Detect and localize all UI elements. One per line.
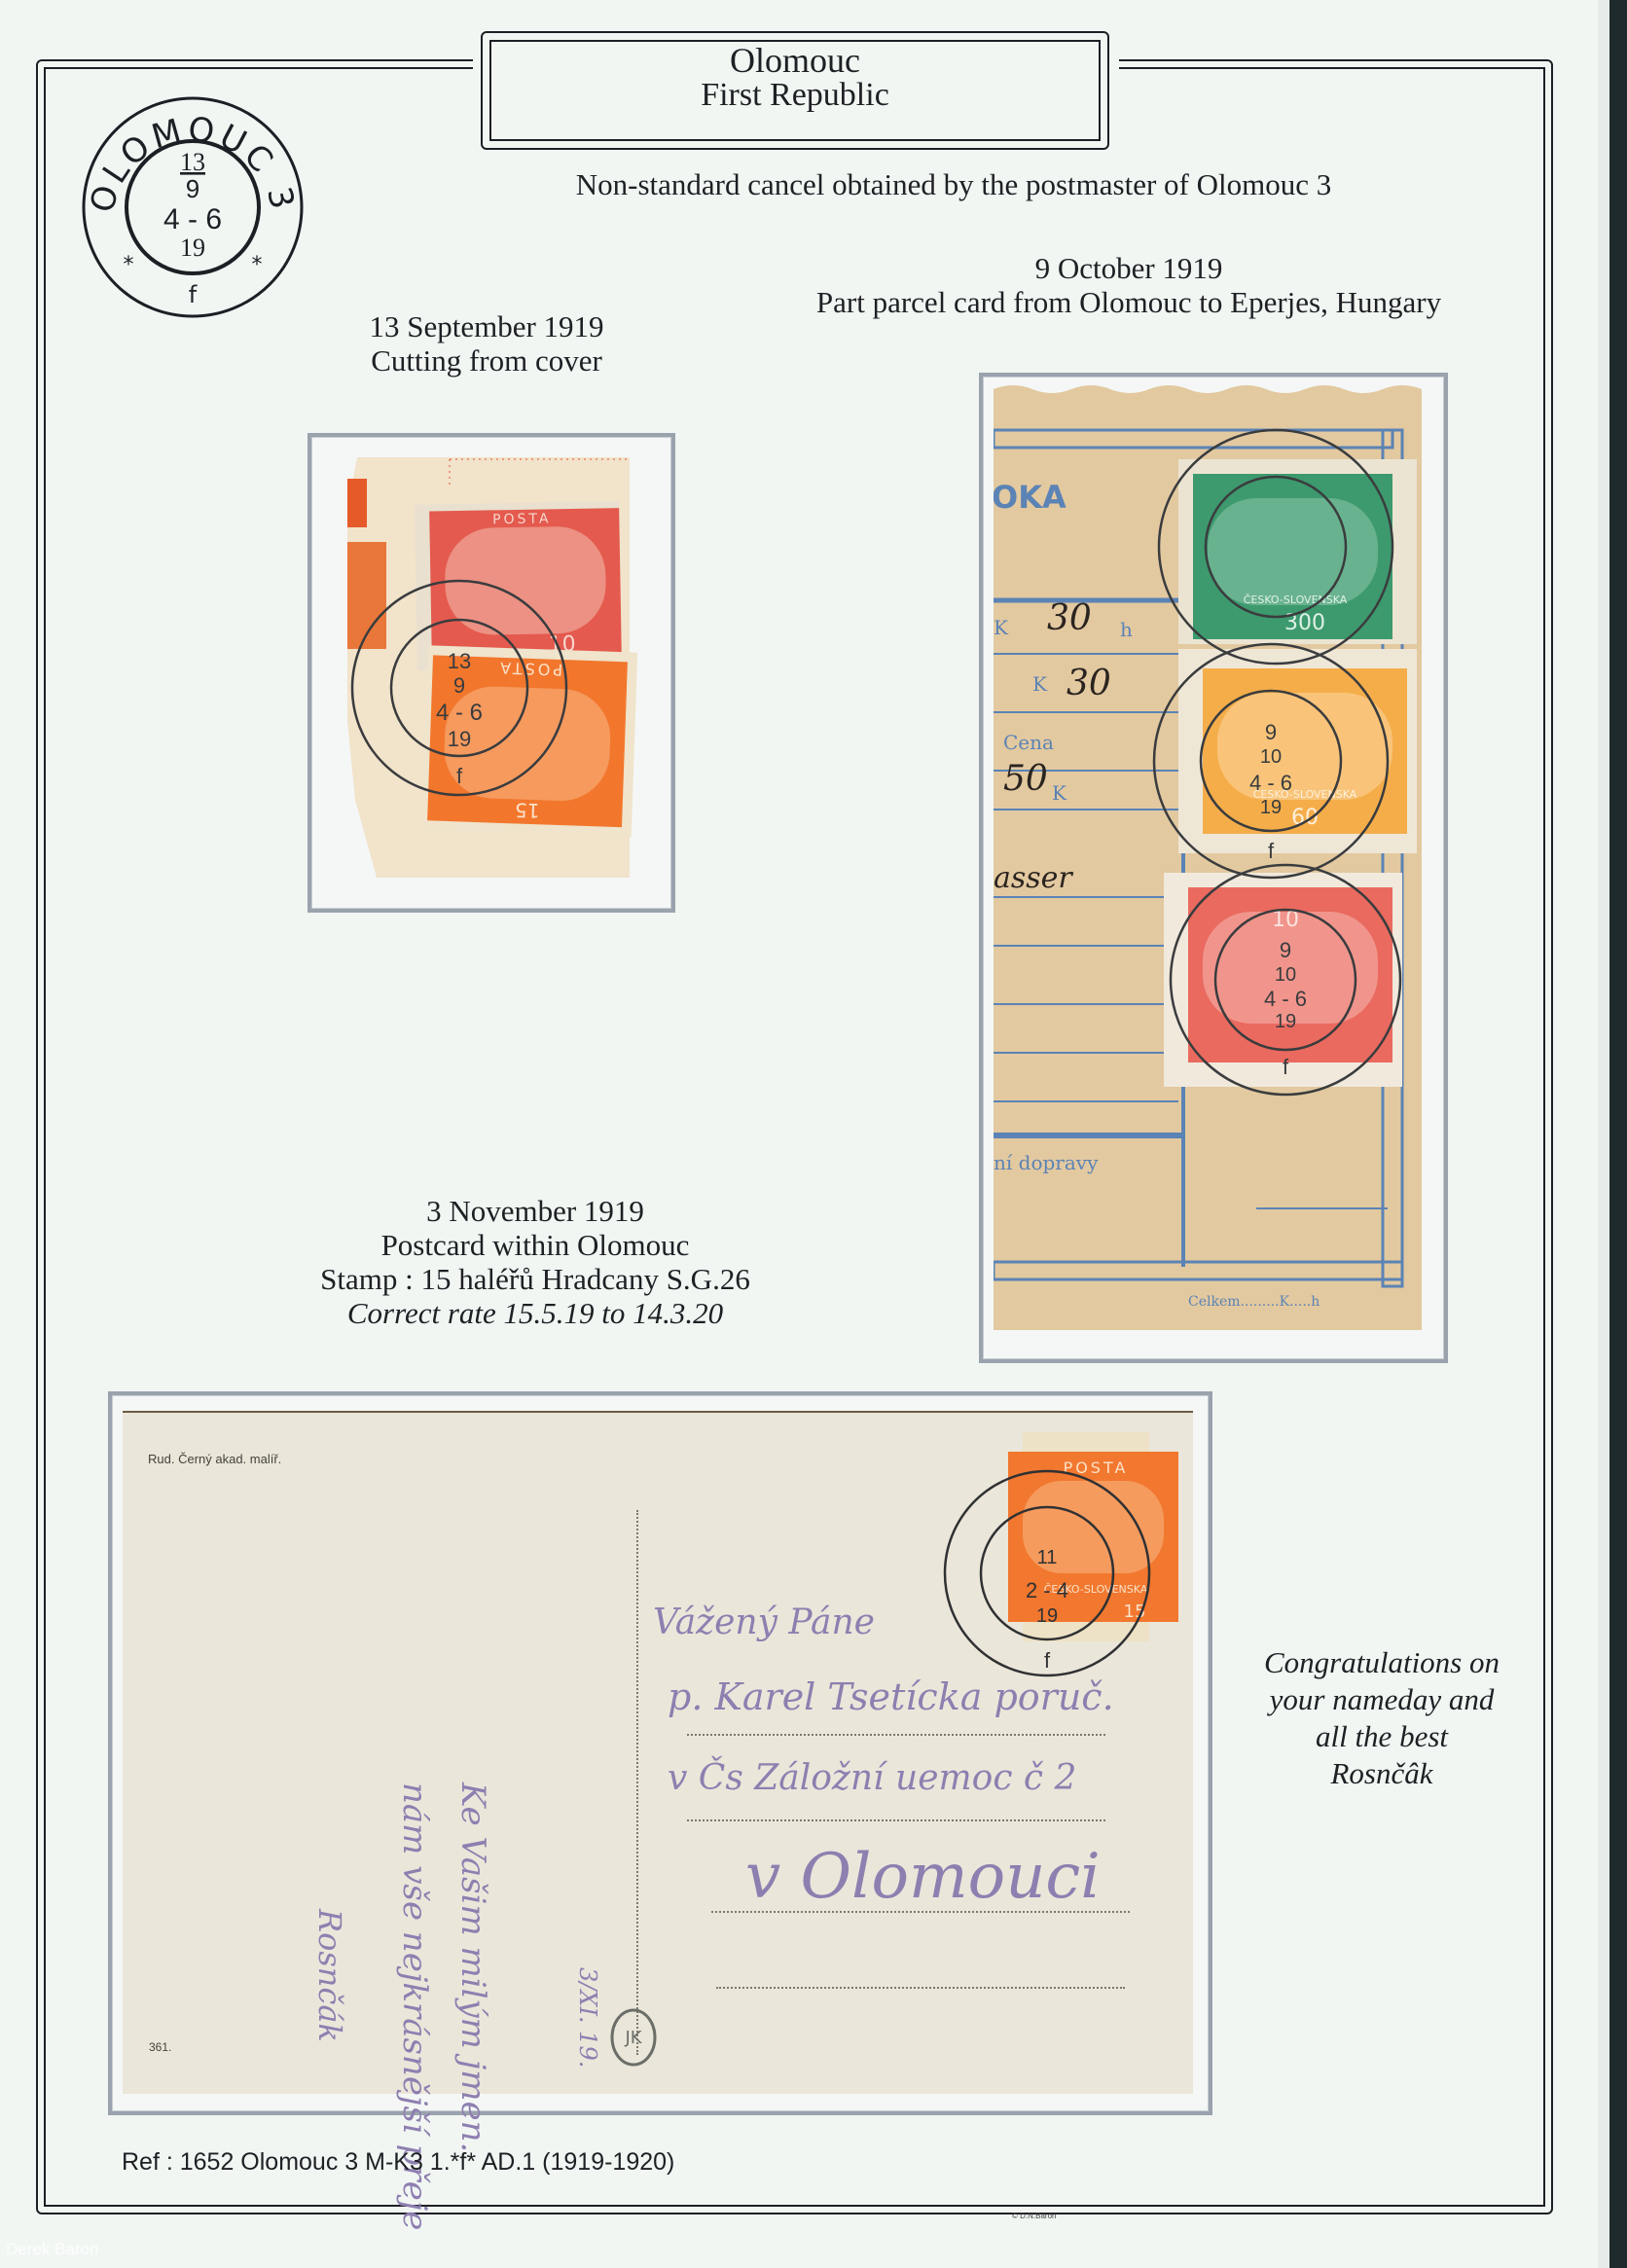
svg-text:11: 11 bbox=[1037, 1547, 1058, 1568]
svg-text:*: * bbox=[252, 253, 263, 277]
svg-text:Cena: Cena bbox=[1003, 731, 1054, 754]
svg-text:19: 19 bbox=[1036, 1605, 1058, 1627]
title-line-2: First Republic bbox=[489, 78, 1101, 113]
svg-text:19: 19 bbox=[1275, 1011, 1296, 1032]
svg-text:13: 13 bbox=[180, 148, 205, 176]
translation-line-3: all the best bbox=[1203, 1718, 1561, 1755]
svg-text:50: 50 bbox=[1003, 759, 1048, 799]
address-rule-2 bbox=[687, 1819, 1105, 1821]
postcard: Rud. Černý akad. malíř. 361. Ke Vašim mi… bbox=[123, 1411, 1193, 2094]
scan-border bbox=[1609, 0, 1627, 2268]
watermark: Derek Baron bbox=[6, 2240, 98, 2259]
svg-text:30: 30 bbox=[1047, 598, 1092, 638]
postcard-number: 361. bbox=[149, 2040, 171, 2054]
translation-line-4: Rosnčâk bbox=[1203, 1755, 1561, 1792]
postcard-divider bbox=[636, 1510, 638, 2055]
svg-text:4 - 6: 4 - 6 bbox=[1264, 987, 1307, 1011]
svg-text:10: 10 bbox=[1275, 964, 1296, 986]
postcard-rate: Correct rate 15.5.19 to 14.3.20 bbox=[224, 1296, 847, 1330]
svg-text:f: f bbox=[1268, 839, 1275, 863]
svg-text:15: 15 bbox=[515, 798, 540, 822]
parcel-description: Part parcel card from Olomouc to Eperjes… bbox=[701, 285, 1557, 319]
svg-text:Celkem.........K.....h: Celkem.........K.....h bbox=[1188, 1294, 1320, 1310]
svg-text:f: f bbox=[189, 281, 198, 308]
translation-line-1: Congratulations on bbox=[1203, 1644, 1561, 1681]
svg-text:30: 30 bbox=[1067, 664, 1111, 703]
postmark-illustration-icon: OLOMOUC 3 13 9 4 - 6 19 * * f bbox=[78, 92, 307, 322]
svg-text:*: * bbox=[124, 253, 134, 277]
postcard-date: 3 November 1919 bbox=[224, 1194, 847, 1228]
parcel-date: 9 October 1919 bbox=[701, 251, 1557, 285]
page-subtitle: Non-standard cancel obtained by the post… bbox=[467, 167, 1440, 202]
svg-text:19: 19 bbox=[1260, 797, 1282, 818]
svg-text:ní dopravy: ní dopravy bbox=[994, 1151, 1099, 1174]
copyright-notice: © D.N.Baron bbox=[1012, 2212, 1056, 2220]
svg-text:K: K bbox=[1052, 781, 1067, 805]
postcard-signature: Rosnčák bbox=[311, 1909, 348, 2042]
address-rule-4 bbox=[716, 1987, 1125, 1989]
svg-text:9: 9 bbox=[186, 174, 199, 203]
svg-text:9: 9 bbox=[1280, 938, 1291, 962]
svg-text:ČESKO-SLOVENSKA: ČESKO-SLOVENSKA bbox=[1244, 594, 1348, 606]
cutting-date: 13 September 1919 bbox=[292, 309, 681, 343]
svg-text:4 - 6: 4 - 6 bbox=[163, 203, 222, 235]
postcard-stamp-info: Stamp : 15 haléřů Hradcany S.G.26 bbox=[224, 1262, 847, 1296]
stamp-10h: POSTA 10 bbox=[415, 501, 622, 670]
svg-text:POSTA: POSTA bbox=[492, 511, 552, 527]
svg-text:4 - 6: 4 - 6 bbox=[1249, 771, 1292, 795]
svg-text:19: 19 bbox=[180, 234, 205, 262]
stamp-300h: 300 ČESKO-SLOVENSKA bbox=[1178, 459, 1417, 644]
svg-text:19: 19 bbox=[448, 727, 471, 751]
page-title: Olomouc First Republic bbox=[489, 43, 1101, 113]
translation-note: Congratulations on your nameday and all … bbox=[1203, 1644, 1561, 1792]
svg-text:f: f bbox=[1044, 1648, 1051, 1673]
caption-postcard: 3 November 1919 Postcard within Olomouc … bbox=[224, 1194, 847, 1330]
caption-parcel: 9 October 1919 Part parcel card from Olo… bbox=[701, 251, 1557, 319]
address-rule-3 bbox=[711, 1911, 1130, 1913]
postcard-publisher: Rud. Černý akad. malíř. bbox=[148, 1452, 281, 1466]
svg-text:POSTA: POSTA bbox=[497, 659, 562, 679]
svg-text:9: 9 bbox=[1265, 720, 1277, 744]
address-rule-1 bbox=[687, 1734, 1105, 1736]
svg-text:asser: asser bbox=[994, 861, 1073, 895]
svg-text:10: 10 bbox=[1260, 746, 1282, 768]
address-line-3: v Čs Záložní uemoc č 2 bbox=[668, 1758, 1076, 1798]
caption-cutting: 13 September 1919 Cutting from cover bbox=[292, 309, 681, 378]
cutting-description: Cutting from cover bbox=[292, 343, 681, 378]
svg-text:9: 9 bbox=[453, 673, 465, 698]
page-edge bbox=[1598, 0, 1609, 2268]
cover-cutting: POSTA 10 POSTA 15 13 9 4 - 6 19 f bbox=[338, 450, 664, 893]
svg-text:OKA: OKA bbox=[994, 479, 1067, 516]
parcel-card: OKA K h K Cena K ní dopravy Celkem......… bbox=[994, 381, 1436, 1345]
postcard-date-note: 3/XI. 19. bbox=[574, 1967, 601, 2068]
postcard-stamp: POSTA ČESKO-SLOVENSKA 15 11 2 - 4 19 f bbox=[891, 1422, 1193, 1685]
stamp-60h: 60 ČESKO-SLOVENSKA bbox=[1178, 649, 1417, 853]
svg-text:4 - 6: 4 - 6 bbox=[436, 700, 483, 726]
publisher-logo-icon: JK bbox=[609, 2008, 658, 2067]
svg-text:13: 13 bbox=[448, 649, 471, 673]
svg-text:K: K bbox=[1032, 672, 1048, 696]
address-line-4: v Olomouci bbox=[745, 1841, 1101, 1913]
reference-line: Ref : 1652 Olomouc 3 M-K3 1.*f* AD.1 (19… bbox=[122, 2148, 674, 2177]
svg-text:2 - 4: 2 - 4 bbox=[1026, 1578, 1068, 1602]
postcard-description: Postcard within Olomouc bbox=[224, 1228, 847, 1262]
svg-text:JK: JK bbox=[624, 2028, 642, 2048]
svg-text:h: h bbox=[1120, 618, 1133, 641]
title-line-1: Olomouc bbox=[489, 43, 1101, 78]
svg-text:f: f bbox=[456, 764, 463, 788]
message-line-1: Ke Vašim milým jmen. bbox=[453, 1782, 492, 2152]
svg-text:K: K bbox=[994, 616, 1009, 639]
address-line-1: Vážený Páne bbox=[653, 1602, 875, 1642]
translation-line-2: your nameday and bbox=[1203, 1681, 1561, 1718]
svg-text:f: f bbox=[1283, 1055, 1289, 1079]
